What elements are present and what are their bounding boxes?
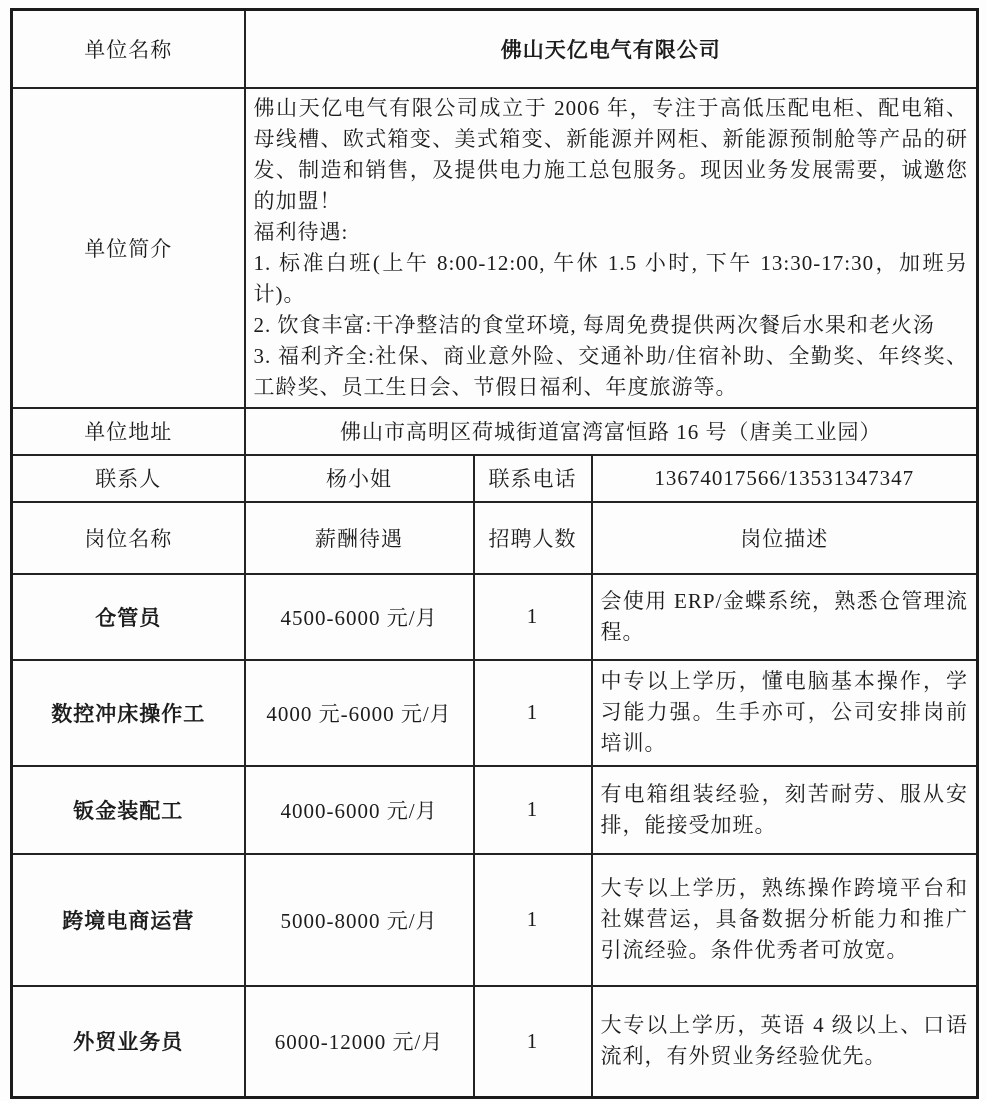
jobs-header-description: 岗位描述 xyxy=(592,502,978,574)
phone-value: 13674017566/13531347347 xyxy=(592,455,978,502)
table-row-job: 钣金装配工 4000-6000 元/月 1 有电箱组装经验，刻苦耐劳、服从安排，… xyxy=(12,766,978,854)
job-headcount: 1 xyxy=(474,660,592,766)
job-title: 钣金装配工 xyxy=(12,766,245,854)
intro-line: 3. 福利齐全:社保、商业意外险、交通补助/住宿补助、全勤奖、年终奖、工龄奖、员… xyxy=(254,341,969,403)
table-row-jobs-header: 岗位名称 薪酬待遇 招聘人数 岗位描述 xyxy=(12,502,978,574)
contact-name-value: 杨小姐 xyxy=(245,455,474,502)
job-description-text: 大专以上学历，熟练操作跨境平台和社媒营运，具备数据分析能力和推广引流经验。条件优… xyxy=(601,873,969,966)
company-name-label: 单位名称 xyxy=(12,10,245,88)
job-description: 有电箱组装经验，刻苦耐劳、服从安排，能接受加班。 xyxy=(592,766,978,854)
job-salary: 5000-8000 元/月 xyxy=(245,854,474,986)
jobs-header-title: 岗位名称 xyxy=(12,502,245,574)
intro-line: 1. 标准白班(上午 8:00-12:00, 午休 1.5 小时, 下午 13:… xyxy=(254,248,969,310)
job-salary: 4000 元-6000 元/月 xyxy=(245,660,474,766)
job-salary: 4500-6000 元/月 xyxy=(245,574,474,660)
job-headcount: 1 xyxy=(474,854,592,986)
job-description: 会使用 ERP/金蝶系统，熟悉仓管理流程。 xyxy=(592,574,978,660)
company-intro-value: 佛山天亿电气有限公司成立于 2006 年，专注于高低压配电柜、配电箱、母线槽、欧… xyxy=(245,88,978,408)
company-address-value: 佛山市高明区荷城街道富湾富恒路 16 号（唐美工业园） xyxy=(245,408,978,455)
recruitment-table: 单位名称 佛山天亿电气有限公司 单位简介 佛山天亿电气有限公司成立于 2006 … xyxy=(10,8,979,1099)
company-intro-label: 单位简介 xyxy=(12,88,245,408)
job-description: 中专以上学历，懂电脑基本操作，学习能力强。生手亦可，公司安排岗前培训。 xyxy=(592,660,978,766)
intro-line: 佛山天亿电气有限公司成立于 2006 年，专注于高低压配电柜、配电箱、母线槽、欧… xyxy=(254,93,969,217)
table-row-company-intro: 单位简介 佛山天亿电气有限公司成立于 2006 年，专注于高低压配电柜、配电箱、… xyxy=(12,88,978,408)
intro-line: 福利待遇: xyxy=(254,217,969,248)
table-row-company-name: 单位名称 佛山天亿电气有限公司 xyxy=(12,10,978,88)
job-title: 仓管员 xyxy=(12,574,245,660)
job-description-text: 会使用 ERP/金蝶系统，熟悉仓管理流程。 xyxy=(601,586,969,648)
jobs-header-headcount: 招聘人数 xyxy=(474,502,592,574)
company-address-label: 单位地址 xyxy=(12,408,245,455)
table-row-company-address: 单位地址 佛山市高明区荷城街道富湾富恒路 16 号（唐美工业园） xyxy=(12,408,978,455)
table-row-job: 仓管员 4500-6000 元/月 1 会使用 ERP/金蝶系统，熟悉仓管理流程… xyxy=(12,574,978,660)
job-salary: 4000-6000 元/月 xyxy=(245,766,474,854)
job-title: 跨境电商运营 xyxy=(12,854,245,986)
contact-label: 联系人 xyxy=(12,455,245,502)
job-description: 大专以上学历，熟练操作跨境平台和社媒营运，具备数据分析能力和推广引流经验。条件优… xyxy=(592,854,978,986)
intro-line: 2. 饮食丰富:干净整洁的食堂环境, 每周免费提供两次餐后水果和老火汤 xyxy=(254,310,969,341)
job-description-text: 中专以上学历，懂电脑基本操作，学习能力强。生手亦可，公司安排岗前培训。 xyxy=(601,666,969,759)
table-row-job: 外贸业务员 6000-12000 元/月 1 大专以上学历，英语 4 级以上、口… xyxy=(12,986,978,1098)
job-headcount: 1 xyxy=(474,986,592,1098)
scanned-job-table-page: 单位名称 佛山天亿电气有限公司 单位简介 佛山天亿电气有限公司成立于 2006 … xyxy=(0,0,986,1101)
table-row-job: 数控冲床操作工 4000 元-6000 元/月 1 中专以上学历，懂电脑基本操作… xyxy=(12,660,978,766)
job-headcount: 1 xyxy=(474,766,592,854)
table-row-job: 跨境电商运营 5000-8000 元/月 1 大专以上学历，熟练操作跨境平台和社… xyxy=(12,854,978,986)
job-description-text: 有电箱组装经验，刻苦耐劳、服从安排，能接受加班。 xyxy=(601,779,969,841)
job-salary: 6000-12000 元/月 xyxy=(245,986,474,1098)
company-name-value: 佛山天亿电气有限公司 xyxy=(245,10,978,88)
jobs-header-salary: 薪酬待遇 xyxy=(245,502,474,574)
table-row-contact: 联系人 杨小姐 联系电话 13674017566/13531347347 xyxy=(12,455,978,502)
job-title: 数控冲床操作工 xyxy=(12,660,245,766)
job-title: 外贸业务员 xyxy=(12,986,245,1098)
job-headcount: 1 xyxy=(474,574,592,660)
job-description-text: 大专以上学历，英语 4 级以上、口语流利，有外贸业务经验优先。 xyxy=(601,1010,969,1072)
job-description: 大专以上学历，英语 4 级以上、口语流利，有外贸业务经验优先。 xyxy=(592,986,978,1098)
phone-label: 联系电话 xyxy=(474,455,592,502)
